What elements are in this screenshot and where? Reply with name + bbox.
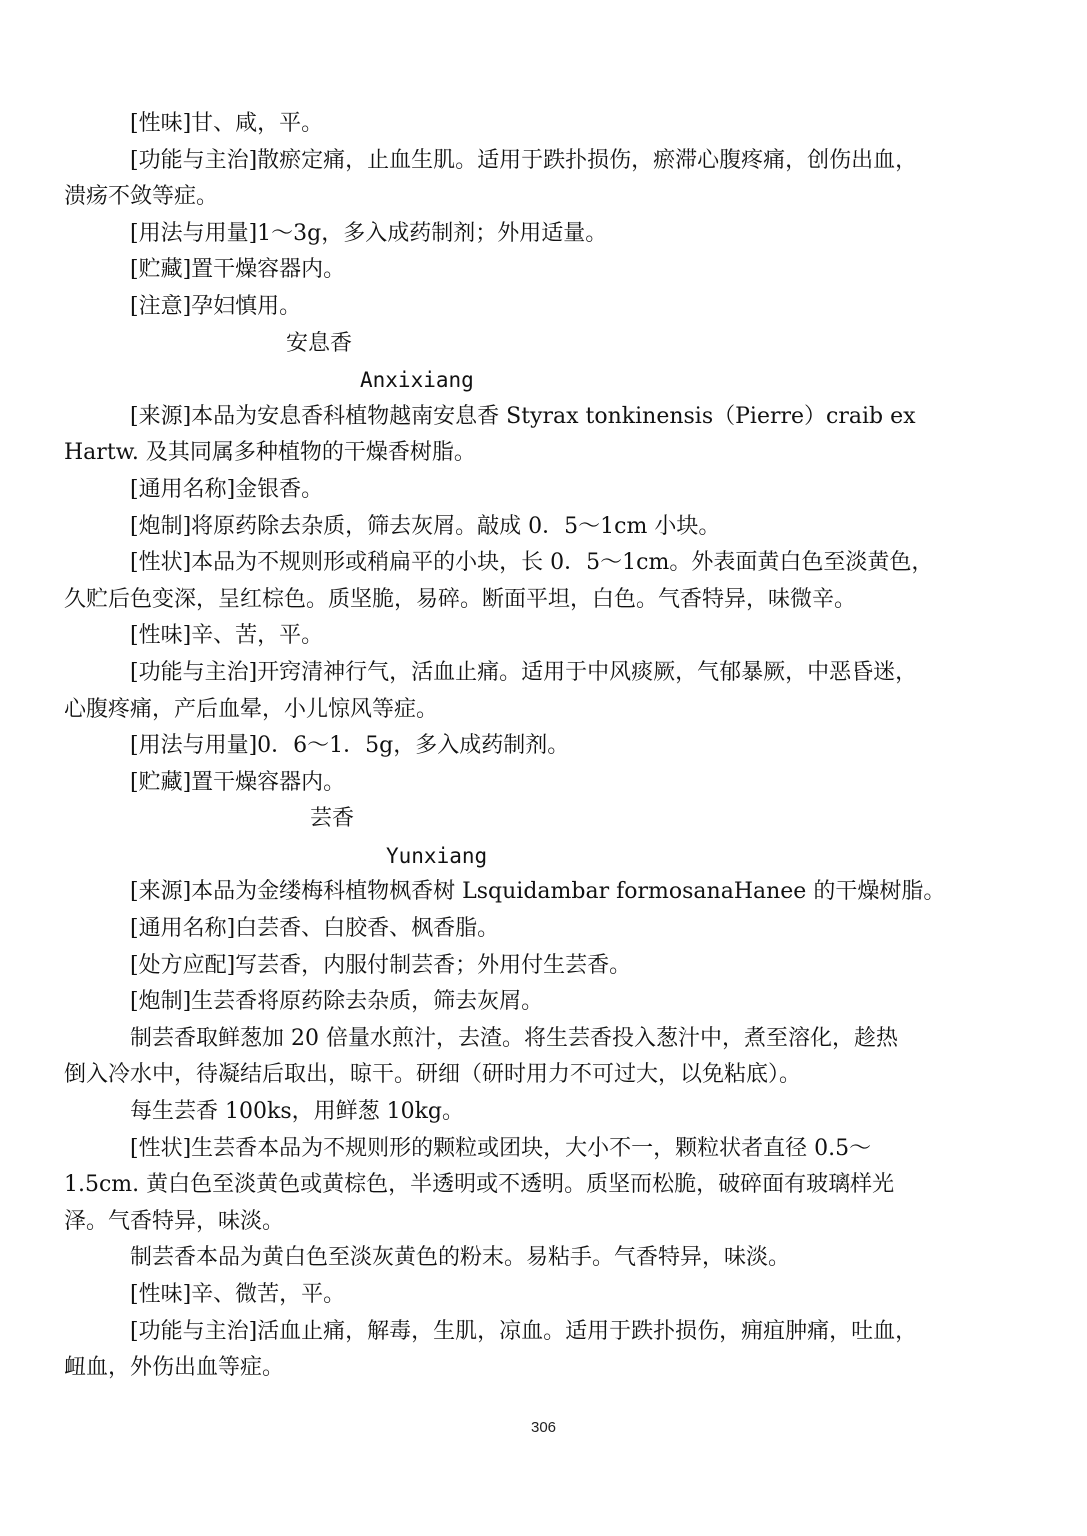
section-heading: Anxixiang — [64, 362, 1026, 399]
text-line: 制芸香本品为黄白色至淡灰黄色的粉末。易粘手。气香特异，味淡。 — [64, 1240, 1026, 1277]
text-line: [功能与主治]开窍清神行气，活血止痛。适用于中风痰厥，气郁暴厥，中恶昏迷， — [64, 655, 1026, 692]
text-line: [功能与主治]活血止痛，解毒，生肌，凉血。适用于跌扑损伤，痈疽肿痛，吐血， — [64, 1314, 1026, 1351]
text-line: 溃疡不敛等症。 — [64, 179, 1026, 216]
text-line: 制芸香取鲜葱加 20 倍量水煎汁，去渣。将生芸香投入葱汁中，煮至溶化，趁热 — [64, 1021, 1026, 1058]
text-line: [注意]孕妇慎用。 — [64, 289, 1026, 326]
text-line: [用法与用量]0．6～1．5g，多入成药制剂。 — [64, 728, 1026, 765]
text-line: [炮制]将原药除去杂质，筛去灰屑。敲成 0．5～1cm 小块。 — [64, 509, 1026, 546]
text-line: 1.5cm. 黄白色至淡黄色或黄棕色，半透明或不透明。质坚而松脆，破碎面有玻璃样… — [64, 1167, 1026, 1204]
text-line: [来源]本品为金缕梅科植物枫香树 Lsquidambar formosanaHa… — [64, 874, 1026, 911]
section-heading: Yunxiang — [64, 838, 1026, 875]
text-line: [来源]本品为安息香科植物越南安息香 Styrax tonkinensis（Pi… — [64, 399, 1026, 436]
text-line: [通用名称]金银香。 — [64, 472, 1026, 509]
page-number: 306 — [0, 1419, 1087, 1436]
text-line: [性味]甘、咸，平。 — [64, 106, 1026, 143]
text-line: [处方应配]写芸香，内服付制芸香；外用付生芸香。 — [64, 948, 1026, 985]
text-line: [贮藏]置干燥容器内。 — [64, 252, 1026, 289]
text-line: [性味]辛、微苦，平。 — [64, 1277, 1026, 1314]
text-line: [贮藏]置干燥容器内。 — [64, 765, 1026, 802]
text-line: [通用名称]白芸香、白胶香、枫香脂。 — [64, 911, 1026, 948]
text-line: 倒入冷水中，待凝结后取出，晾干。研细（研时用力不可过大，以免粘底）。 — [64, 1057, 1026, 1094]
text-line: [用法与用量]1～3g，多入成药制剂；外用适量。 — [64, 216, 1026, 253]
text-line: 衄血，外伤出血等症。 — [64, 1350, 1026, 1387]
text-line: 泽。气香特异，味淡。 — [64, 1204, 1026, 1241]
text-line: Hartw. 及其同属多种植物的干燥香树脂。 — [64, 435, 1026, 472]
section-heading: 芸香 — [64, 801, 1026, 838]
text-line: 久贮后色变深，呈红棕色。质坚脆，易碎。断面平坦，白色。气香特异，味微辛。 — [64, 582, 1026, 619]
document-page: [性味]甘、咸，平。[功能与主治]散瘀定痛，止血生肌。适用于跌扑损伤，瘀滞心腹疼… — [64, 106, 1026, 1387]
text-line: [炮制]生芸香将原药除去杂质，筛去灰屑。 — [64, 984, 1026, 1021]
text-line: [性状]本品为不规则形或稍扁平的小块，长 0．5～1cm。外表面黄白色至淡黄色， — [64, 545, 1026, 582]
text-line: 心腹疼痛，产后血晕，小儿惊风等症。 — [64, 692, 1026, 729]
text-line: 每生芸香 100ks，用鲜葱 10kg。 — [64, 1094, 1026, 1131]
text-line: [功能与主治]散瘀定痛，止血生肌。适用于跌扑损伤，瘀滞心腹疼痛，创伤出血， — [64, 143, 1026, 180]
section-heading: 安息香 — [64, 326, 1026, 363]
text-line: [性味]辛、苦，平。 — [64, 618, 1026, 655]
text-line: [性状]生芸香本品为不规则形的颗粒或团块，大小不一，颗粒状者直径 0.5～ — [64, 1131, 1026, 1168]
